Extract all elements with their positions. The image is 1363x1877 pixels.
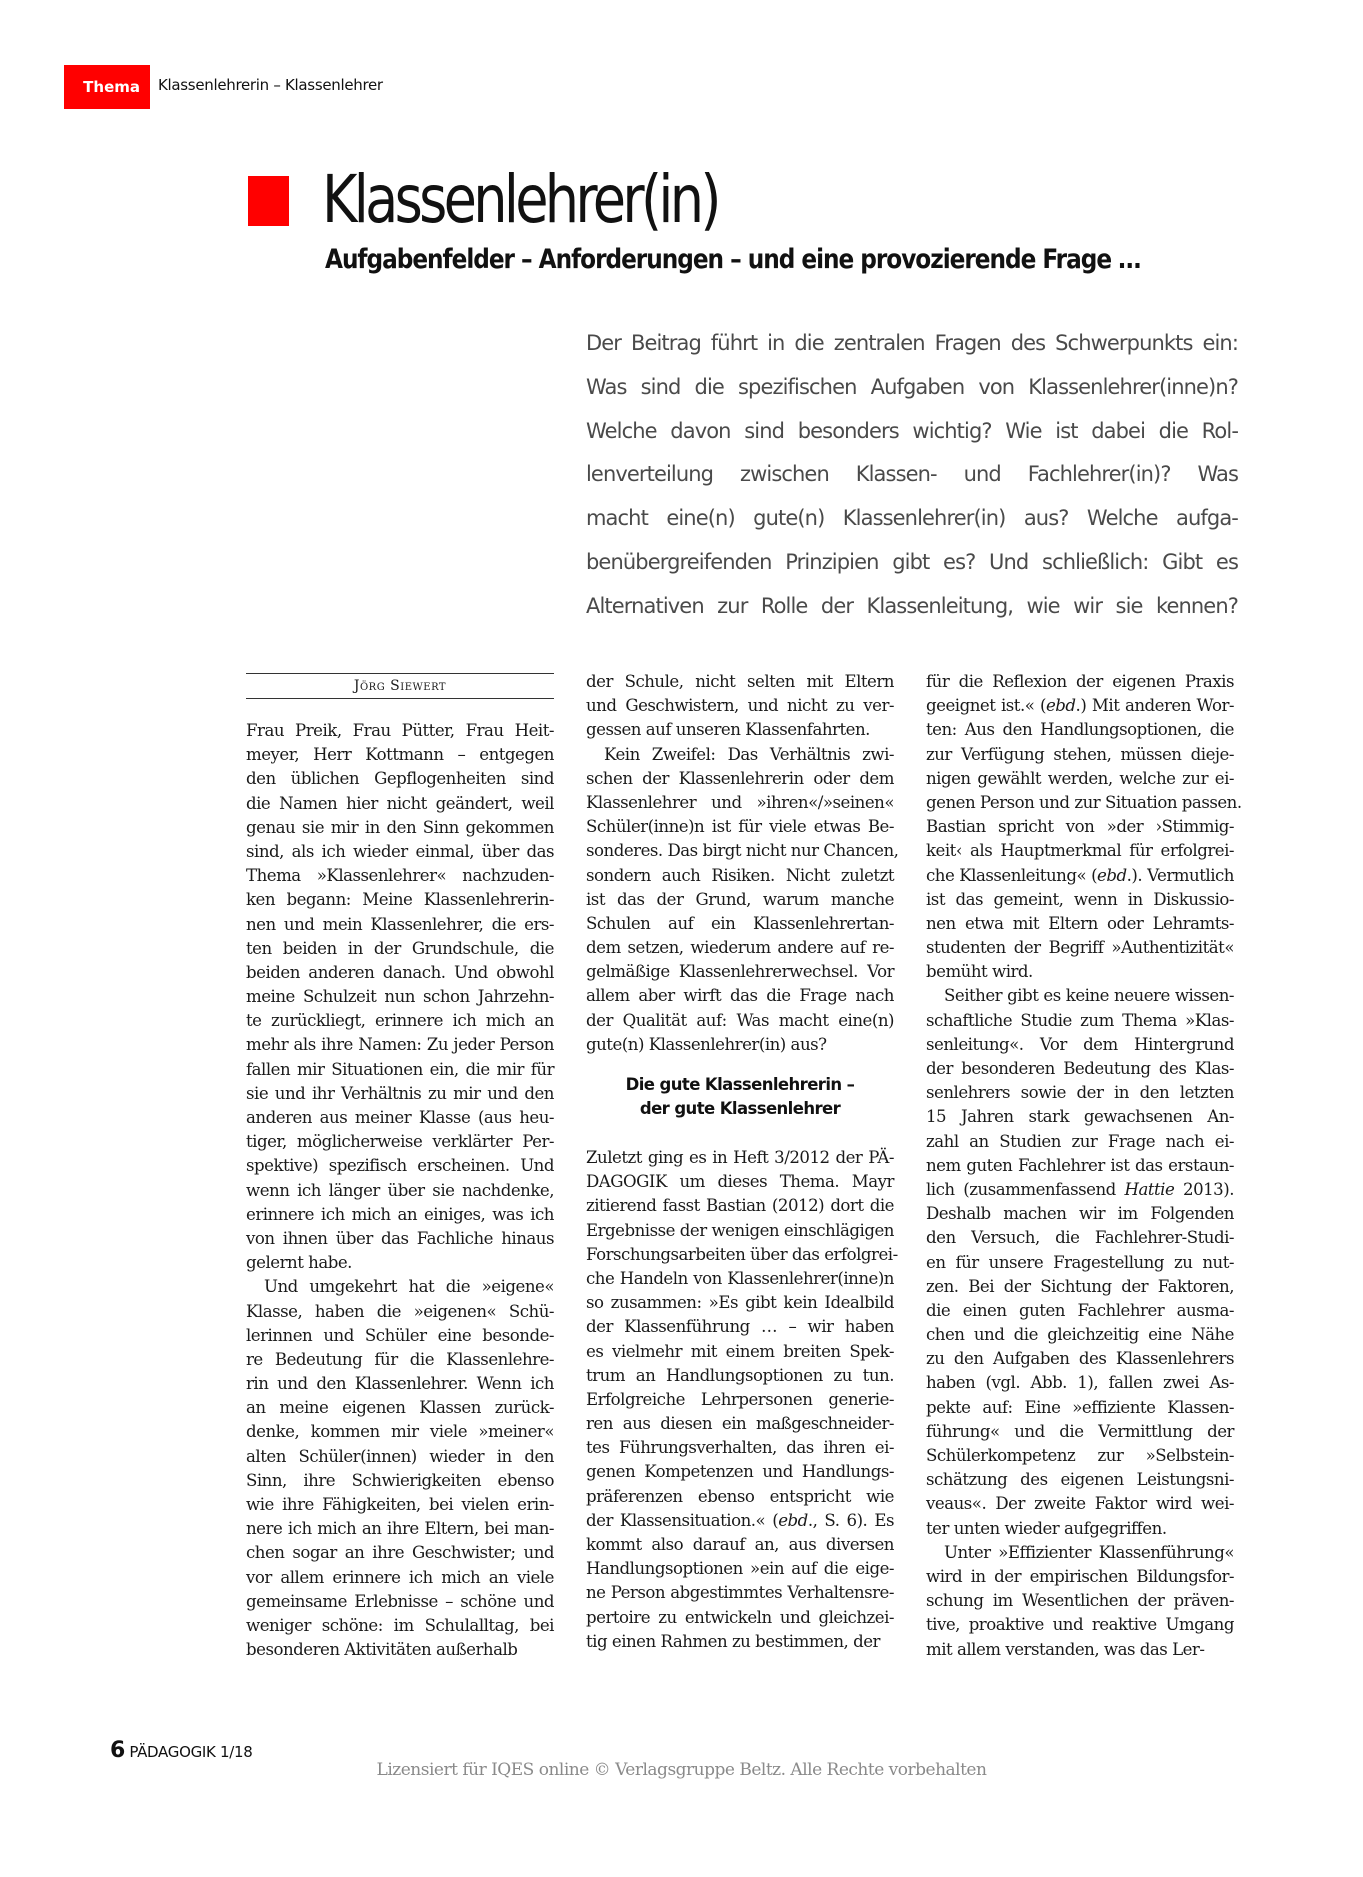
- text-line: nen und mein Klassenlehrer, die ers-: [246, 913, 554, 937]
- text-line: lerinnen und Schüler eine besonde-: [246, 1324, 554, 1348]
- text-line: wird in der empirischen Bildungsfor-: [926, 1565, 1234, 1589]
- text-line: wenn ich länger über sie nachdenke,: [246, 1179, 554, 1203]
- section-heading-line-2: der gute Klassenlehrer: [586, 1097, 894, 1121]
- text-line: Ergebnisse der wenigen einschlägigen: [586, 1219, 894, 1243]
- text-line: ten beiden in der Grundschule, die: [246, 937, 554, 961]
- text-column-3: für die Reflexion der eigenen Praxisgeei…: [926, 670, 1234, 1662]
- intro-line: lenverteilung zwischen Klassen- und Fach…: [586, 453, 1238, 497]
- text-line: chen und die gleichzeitig eine Nähe: [926, 1323, 1234, 1347]
- text-line: DAGOGIK um dieses Thema. Mayr: [586, 1170, 894, 1194]
- italic-citation: ebd: [1046, 696, 1076, 715]
- text-line: vor allem erinnere ich mich an viele: [246, 1566, 554, 1590]
- text-line: genau sie mir in den Sinn gekommen: [246, 816, 554, 840]
- text-line: senlehrers sowie der in den letzten: [926, 1081, 1234, 1105]
- text-line: ne Person abgestimmtes Verhaltensre-: [586, 1581, 894, 1605]
- text-line: Schulen auf ein Klassenlehrertan-: [586, 912, 894, 936]
- text-line: erinnere ich mich an einiges, was ich: [246, 1203, 554, 1227]
- text-line: Seither gibt es keine neuere wissen-: [926, 984, 1234, 1008]
- text-line: trum an Handlungsoptionen zu tun.: [586, 1364, 894, 1388]
- text-line: und Geschwistern, und nicht zu ver-: [586, 694, 894, 718]
- text-line: veaus«. Der zweite Faktor wird wei-: [926, 1492, 1234, 1516]
- text-line: schaftliche Studie zum Thema »Klas-: [926, 1009, 1234, 1033]
- text-line: pekte auf: Eine »effiziente Klassen-: [926, 1396, 1234, 1420]
- text-line: Klasse, haben die »eigenen« Schü-: [246, 1300, 554, 1324]
- text-line: sonderes. Das birgt nicht nur Chancen,: [586, 839, 894, 863]
- text-line: Und umgekehrt hat die »eigene«: [246, 1275, 554, 1299]
- text-line: Forschungsarbeiten über das erfolgrei-: [586, 1243, 894, 1267]
- intro-line: benübergreifenden Prinzipien gibt es? Un…: [586, 541, 1238, 585]
- author-byline: Jörg Siewert: [246, 673, 554, 699]
- text-line: keit‹ als Hauptmerkmal für erfolgrei-: [926, 839, 1234, 863]
- article-intro: Der Beitrag führt in die zentralen Frage…: [586, 322, 1238, 629]
- section-tag-label: Thema: [83, 78, 140, 96]
- text-line: geeignet ist.« (ebd.) Mit anderen Wor-: [926, 694, 1234, 718]
- text-line: zitierend fasst Bastian (2012) dort die: [586, 1194, 894, 1218]
- text-line: schen der Klassenlehrerin oder dem: [586, 767, 894, 791]
- text-line: spektive) spezifisch erscheinen. Und: [246, 1154, 554, 1178]
- text-line: die einen guten Fachlehrer ausma-: [926, 1299, 1234, 1323]
- text-line: der Schule, nicht selten mit Eltern: [586, 670, 894, 694]
- text-line: besonderen Aktivitäten außerhalb: [246, 1638, 554, 1662]
- text-line: haben (vgl. Abb. 1), fallen zwei As-: [926, 1371, 1234, 1395]
- text-line: nigen gewählt werden, welche zur ei-: [926, 767, 1234, 791]
- text-line: tes Führungsverhalten, das ihren ei-: [586, 1436, 894, 1460]
- text-line: ist das gemeint, wenn in Diskussio-: [926, 888, 1234, 912]
- text-line: zu den Aufgaben des Klassenlehrers: [926, 1347, 1234, 1371]
- text-line: bemüht wird.: [926, 960, 1234, 984]
- text-line: re Bedeutung für die Klassenlehre-: [246, 1348, 554, 1372]
- text-line: ten: Aus den Handlungsoptionen, die: [926, 718, 1234, 742]
- text-line: gelernt habe.: [246, 1251, 554, 1275]
- text-line: pertoire zu entwickeln und gleichzei-: [586, 1606, 894, 1630]
- text-line: studenten der Begriff »Authentizität«: [926, 936, 1234, 960]
- text-line: Zuletzt ging es in Heft 3/2012 der PÄ-: [586, 1146, 894, 1170]
- text-line: Klassenlehrer und »ihren«/»seinen«: [586, 791, 894, 815]
- text-line: meine Schulzeit nun schon Jahrzehn-: [246, 985, 554, 1009]
- text-line: Kein Zweifel: Das Verhältnis zwi-: [586, 743, 894, 767]
- text-line: te zurückliegt, erinnere ich mich an: [246, 1009, 554, 1033]
- section-label: Klassenlehrerin – Klassenlehrer: [158, 76, 383, 94]
- intro-line: Der Beitrag führt in die zentralen Frage…: [586, 322, 1238, 366]
- text-line: Unter »Effizienter Klassenführung«: [926, 1541, 1234, 1565]
- text-line: senleitung«. Vor dem Hintergrund: [926, 1033, 1234, 1057]
- text-line: 15 Jahren stark gewachsenen An-: [926, 1105, 1234, 1129]
- text-line: Sinn, ihre Schwierigkeiten ebenso: [246, 1469, 554, 1493]
- text-line: zen. Bei der Sichtung der Faktoren,: [926, 1275, 1234, 1299]
- text-line: lich (zusammenfassend Hattie 2013).: [926, 1178, 1234, 1202]
- text-line: nere ich mich an ihre Eltern, bei man-: [246, 1517, 554, 1541]
- intro-line: macht eine(n) gute(n) Klassenlehrer(in) …: [586, 497, 1238, 541]
- text-line: alten Schüler(innen) wieder in den: [246, 1445, 554, 1469]
- text-line: sondern auch Risiken. Nicht zuletzt: [586, 864, 894, 888]
- section-tag: Thema: [64, 65, 150, 109]
- text-line: schätzung des eigenen Leistungsni-: [926, 1468, 1234, 1492]
- section-heading: Die gute Klassenlehrerin – der gute Klas…: [586, 1073, 894, 1121]
- text-line: von ihnen über das Fachliche hinaus: [246, 1227, 554, 1251]
- text-line: den Versuch, die Fachlehrer-Studi-: [926, 1226, 1234, 1250]
- text-line: der Klassensituation.« (ebd., S. 6). Es: [586, 1509, 894, 1533]
- text-line: tive, proaktive und reaktive Umgang: [926, 1613, 1234, 1637]
- title-red-square-icon: [248, 176, 289, 226]
- text-line: genen Person und zur Situation passen.: [926, 791, 1234, 815]
- text-line: kommt also darauf an, aus diversen: [586, 1533, 894, 1557]
- text-line: so zusammen: »Es gibt kein Idealbild: [586, 1291, 894, 1315]
- text-line: ter unten wieder aufgegriffen.: [926, 1517, 1234, 1541]
- text-line: allem aber wirft das die Frage nach: [586, 984, 894, 1008]
- column-3-body: für die Reflexion der eigenen Praxisgeei…: [926, 670, 1234, 1662]
- text-line: fallen mir Situationen ein, die mir für: [246, 1058, 554, 1082]
- text-line: Deshalb machen wir im Folgenden: [926, 1202, 1234, 1226]
- license-notice: Lizensiert für IQES online © Verlagsgrup…: [0, 1760, 1363, 1780]
- text-line: che Klassenleitung« (ebd.). Vermutlich: [926, 864, 1234, 888]
- text-line: anderen aus meiner Klasse (aus heu-: [246, 1106, 554, 1130]
- text-line: mit allem verstanden, was das Ler-: [926, 1638, 1234, 1662]
- text-line: wie ihre Fähigkeiten, bei vielen erin-: [246, 1493, 554, 1517]
- text-line: schung im Wesentlichen der präven-: [926, 1589, 1234, 1613]
- text-line: weniger schöne: im Schulalltag, bei: [246, 1614, 554, 1638]
- text-line: Frau Preik, Frau Pütter, Frau Heit-: [246, 719, 554, 743]
- intro-line: Was sind die spezifischen Aufgaben von K…: [586, 366, 1238, 410]
- text-line: führung« und die Vermittlung der: [926, 1420, 1234, 1444]
- text-line: gelmäßige Klassenlehrerwechsel. Vor: [586, 960, 894, 984]
- text-line: der Klassenführung … – wir haben: [586, 1315, 894, 1339]
- text-line: nem guten Fachlehrer ist das erstaun-: [926, 1154, 1234, 1178]
- text-line: sie und ihr Verhältnis zu mir und den: [246, 1082, 554, 1106]
- text-line: der Qualität auf: Was macht eine(n): [586, 1009, 894, 1033]
- column-2-body-bottom: Zuletzt ging es in Heft 3/2012 der PÄ-DA…: [586, 1146, 894, 1654]
- text-line: dem setzen, wiederum andere auf re-: [586, 936, 894, 960]
- text-line: Schülerkompetenz zur »Selbstein-: [926, 1444, 1234, 1468]
- text-line: zahl an Studien zur Frage nach ei-: [926, 1130, 1234, 1154]
- article-subtitle: Aufgabenfelder – Anforderungen – und ein…: [325, 244, 1140, 276]
- column-1-body: Frau Preik, Frau Pütter, Frau Heit-meyer…: [246, 719, 554, 1662]
- intro-line: Welche davon sind besonders wichtig? Wie…: [586, 410, 1238, 454]
- text-line: meyer, Herr Kottmann – entgegen: [246, 743, 554, 767]
- text-line: beiden anderen danach. Und obwohl: [246, 961, 554, 985]
- text-line: Bastian spricht von »der ›Stimmig-: [926, 815, 1234, 839]
- text-line: Erfolgreiche Lehrpersonen generie-: [586, 1388, 894, 1412]
- text-line: es vielmehr mit einem breiten Spek-: [586, 1340, 894, 1364]
- text-line: Handlungsoptionen »ein auf die eige-: [586, 1557, 894, 1581]
- text-line: genen Kompetenzen und Handlungs-: [586, 1460, 894, 1484]
- text-line: en für unsere Fragestellung zu nut-: [926, 1251, 1234, 1275]
- text-line: ken begann: Meine Klassenlehrerin-: [246, 888, 554, 912]
- text-line: präferenzen ebenso entspricht wie: [586, 1485, 894, 1509]
- text-column-1: Jörg Siewert Frau Preik, Frau Pütter, Fr…: [246, 673, 554, 1662]
- text-line: Thema »Klassenlehrer« nachzuden-: [246, 864, 554, 888]
- text-line: gute(n) Klassenlehrer(in) aus?: [586, 1033, 894, 1057]
- text-line: tiger, möglicherweise verklärter Per-: [246, 1130, 554, 1154]
- text-line: che Handeln von Klassenlehrer(inne)n: [586, 1267, 894, 1291]
- text-line: an meine eigenen Klassen zurück-: [246, 1396, 554, 1420]
- text-line: die Namen hier nicht geändert, weil: [246, 792, 554, 816]
- text-line: nen etwa mit Eltern oder Lehramts-: [926, 912, 1234, 936]
- text-line: der besonderen Bedeutung des Klas-: [926, 1057, 1234, 1081]
- text-line: gessen auf unseren Klassenfahrten.: [586, 718, 894, 742]
- text-line: gemeinsame Erlebnisse – schöne und: [246, 1590, 554, 1614]
- section-heading-line-1: Die gute Klassenlehrerin –: [586, 1073, 894, 1097]
- text-line: sind, als ich wieder einmal, über das: [246, 840, 554, 864]
- intro-line: Alternativen zur Rolle der Klassenleitun…: [586, 585, 1238, 629]
- text-line: rin und den Klassenlehrer. Wenn ich: [246, 1372, 554, 1396]
- text-line: mehr als ihre Namen: Zu jeder Person: [246, 1033, 554, 1057]
- text-line: ist das der Grund, warum manche: [586, 888, 894, 912]
- text-column-2: der Schule, nicht selten mit Elternund G…: [586, 670, 894, 1654]
- article-title: Klassenlehrer(in): [322, 165, 718, 235]
- column-2-body-top: der Schule, nicht selten mit Elternund G…: [586, 670, 894, 1057]
- text-line: Schüler(inne)n ist für viele etwas Be-: [586, 815, 894, 839]
- text-line: denke, kommen mir viele »meiner«: [246, 1420, 554, 1444]
- italic-citation: ebd: [1097, 866, 1127, 885]
- text-line: für die Reflexion der eigenen Praxis: [926, 670, 1234, 694]
- text-line: tig einen Rahmen zu bestimmen, der: [586, 1630, 894, 1654]
- text-line: ren aus diesen ein maßgeschneider-: [586, 1412, 894, 1436]
- magazine-issue: PÄDAGOGIK 1/18: [129, 1743, 252, 1761]
- text-line: chen sogar an ihre Geschwister; und: [246, 1541, 554, 1565]
- italic-citation: Hattie: [1124, 1180, 1174, 1199]
- text-line: den üblichen Gepflogenheiten sind: [246, 767, 554, 791]
- italic-citation: ebd: [778, 1511, 808, 1530]
- text-line: zur Verfügung stehen, müssen dieje-: [926, 743, 1234, 767]
